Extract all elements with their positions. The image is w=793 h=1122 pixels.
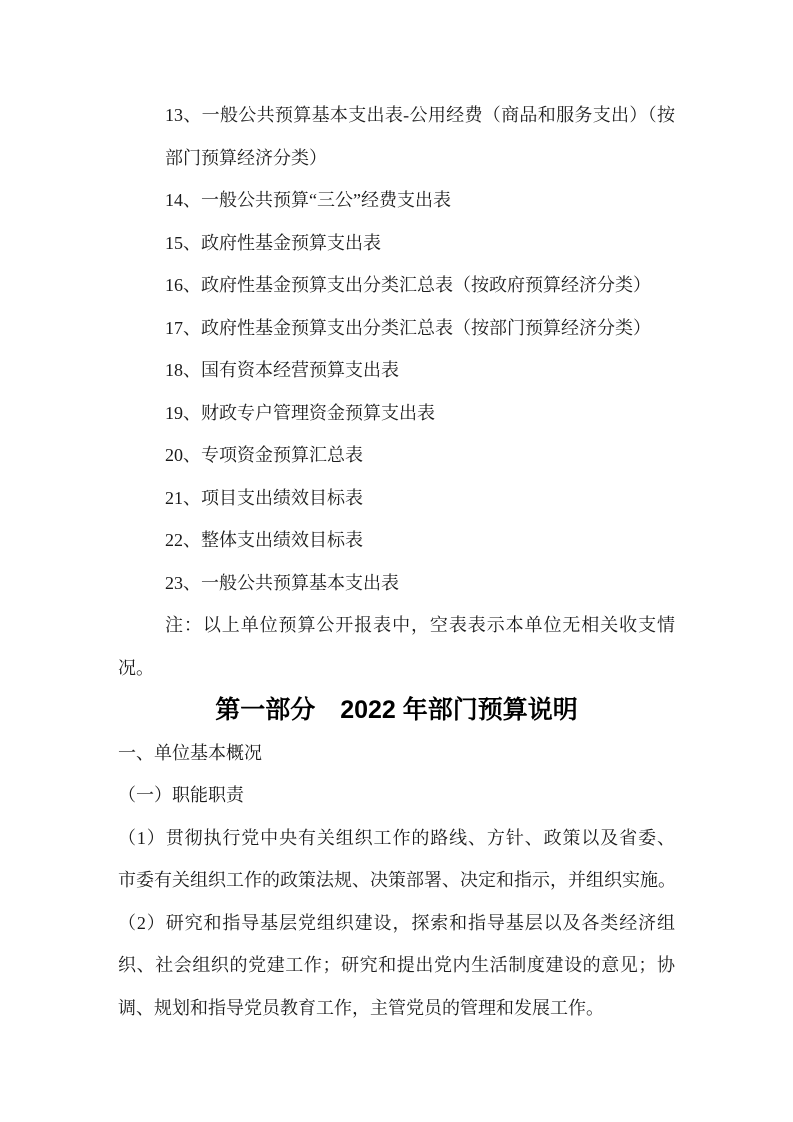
duty-1-line-1: （1）贯彻执行党中央有关组织工作的路线、方针、政策以及省委、 xyxy=(118,817,675,860)
duty-2-line-1: （2）研究和指导基层党组织建设，探索和指导基层以及各类经济组 xyxy=(118,902,675,945)
list-item-13: 13、一般公共预算基本支出表-公用经费（商品和服务支出）（按 xyxy=(118,94,675,137)
list-item-17: 17、政府性基金预算支出分类汇总表（按部门预算经济分类） xyxy=(118,307,675,350)
list-item-13-continuation: 部门预算经济分类） xyxy=(118,137,675,180)
list-item-23: 23、一般公共预算基本支出表 xyxy=(118,562,675,605)
duty-1-line-2: 市委有关组织工作的政策法规、决策部署、决定和指示，并组织实施。 xyxy=(118,859,675,902)
note-line-2: 况。 xyxy=(118,647,675,690)
list-item-14: 14、一般公共预算“三公”经费支出表 xyxy=(118,179,675,222)
duty-2-line-2: 织、社会组织的党建工作；研究和提出党内生活制度建设的意见；协 xyxy=(118,944,675,987)
part-one-heading: 第一部分 2022 年部门预算说明 xyxy=(118,689,675,732)
list-item-22: 22、整体支出绩效目标表 xyxy=(118,519,675,562)
section-heading-unit-overview: 一、单位基本概况 xyxy=(118,732,675,775)
note-line-1: 注：以上单位预算公开报表中，空表表示本单位无相关收支情 xyxy=(118,604,675,647)
list-item-15: 15、政府性基金预算支出表 xyxy=(118,222,675,265)
list-item-18: 18、国有资本经营预算支出表 xyxy=(118,349,675,392)
duty-2-line-3: 调、规划和指导党员教育工作，主管党员的管理和发展工作。 xyxy=(118,987,675,1030)
document-page: 13、一般公共预算基本支出表-公用经费（商品和服务支出）（按部门预算经济分类）1… xyxy=(0,0,793,1122)
list-item-19: 19、财政专户管理资金预算支出表 xyxy=(118,392,675,435)
document-content: 13、一般公共预算基本支出表-公用经费（商品和服务支出）（按部门预算经济分类）1… xyxy=(118,94,675,1029)
list-item-21: 21、项目支出绩效目标表 xyxy=(118,477,675,520)
list-item-20: 20、专项资金预算汇总表 xyxy=(118,434,675,477)
list-item-16: 16、政府性基金预算支出分类汇总表（按政府预算经济分类） xyxy=(118,264,675,307)
subsection-heading-duties: （一）职能职责 xyxy=(118,774,675,817)
